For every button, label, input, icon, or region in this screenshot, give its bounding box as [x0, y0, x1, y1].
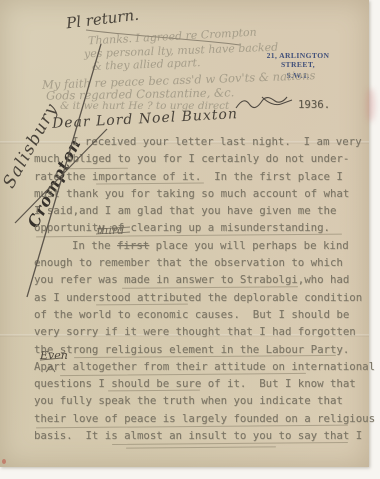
- typed-line: very sorry if it were thought that I had…: [34, 323, 374, 340]
- typed-date-year: 1936.: [298, 98, 330, 111]
- typed-line: must thank you for taking so much accoun…: [34, 185, 374, 202]
- typed-line: much obliged to you for I certainly do n…: [34, 150, 374, 167]
- typed-line: questions I should be sure of it. But I …: [34, 375, 374, 392]
- typed-line: enough to remember that the observation …: [34, 254, 374, 271]
- pink-stain: [366, 88, 375, 122]
- typed-line: Apart altogether from their attitude on …: [34, 358, 374, 375]
- typed-line-corrected: In the first place you will perhaps be k…: [34, 237, 374, 254]
- typed-line: of the world to economic causes. But I s…: [34, 306, 374, 323]
- handwritten-return-note: Pl return.: [65, 6, 140, 33]
- red-speck: [2, 459, 6, 464]
- typed-line: as I understood attributed the deplorabl…: [34, 289, 374, 306]
- scanned-letter: { "letterhead": { "line1": "21, ARLINGTO…: [0, 0, 380, 479]
- line-segment: place you will perhaps be kind: [149, 239, 348, 252]
- pencil-underline: [126, 446, 276, 449]
- letter-page: 21, ARLINGTON STREET, S.W.1. 1936. Pl re…: [0, 0, 369, 467]
- typed-line: you fully speak the truth when you indic…: [34, 392, 374, 409]
- typed-line: I said,and I am glad that you have given…: [34, 202, 374, 219]
- struck-word: first: [117, 239, 149, 252]
- line-segment: In the: [72, 239, 117, 252]
- typed-line: I received your letter last night. I am …: [34, 133, 374, 150]
- date-scribble: [236, 97, 287, 108]
- date-scribble: [262, 97, 292, 105]
- pencil-note: & they allied apart.: [92, 56, 201, 73]
- typed-line: rate the importance of it. In the first …: [34, 168, 374, 185]
- letter-body: I received your letter last night. I am …: [34, 133, 374, 444]
